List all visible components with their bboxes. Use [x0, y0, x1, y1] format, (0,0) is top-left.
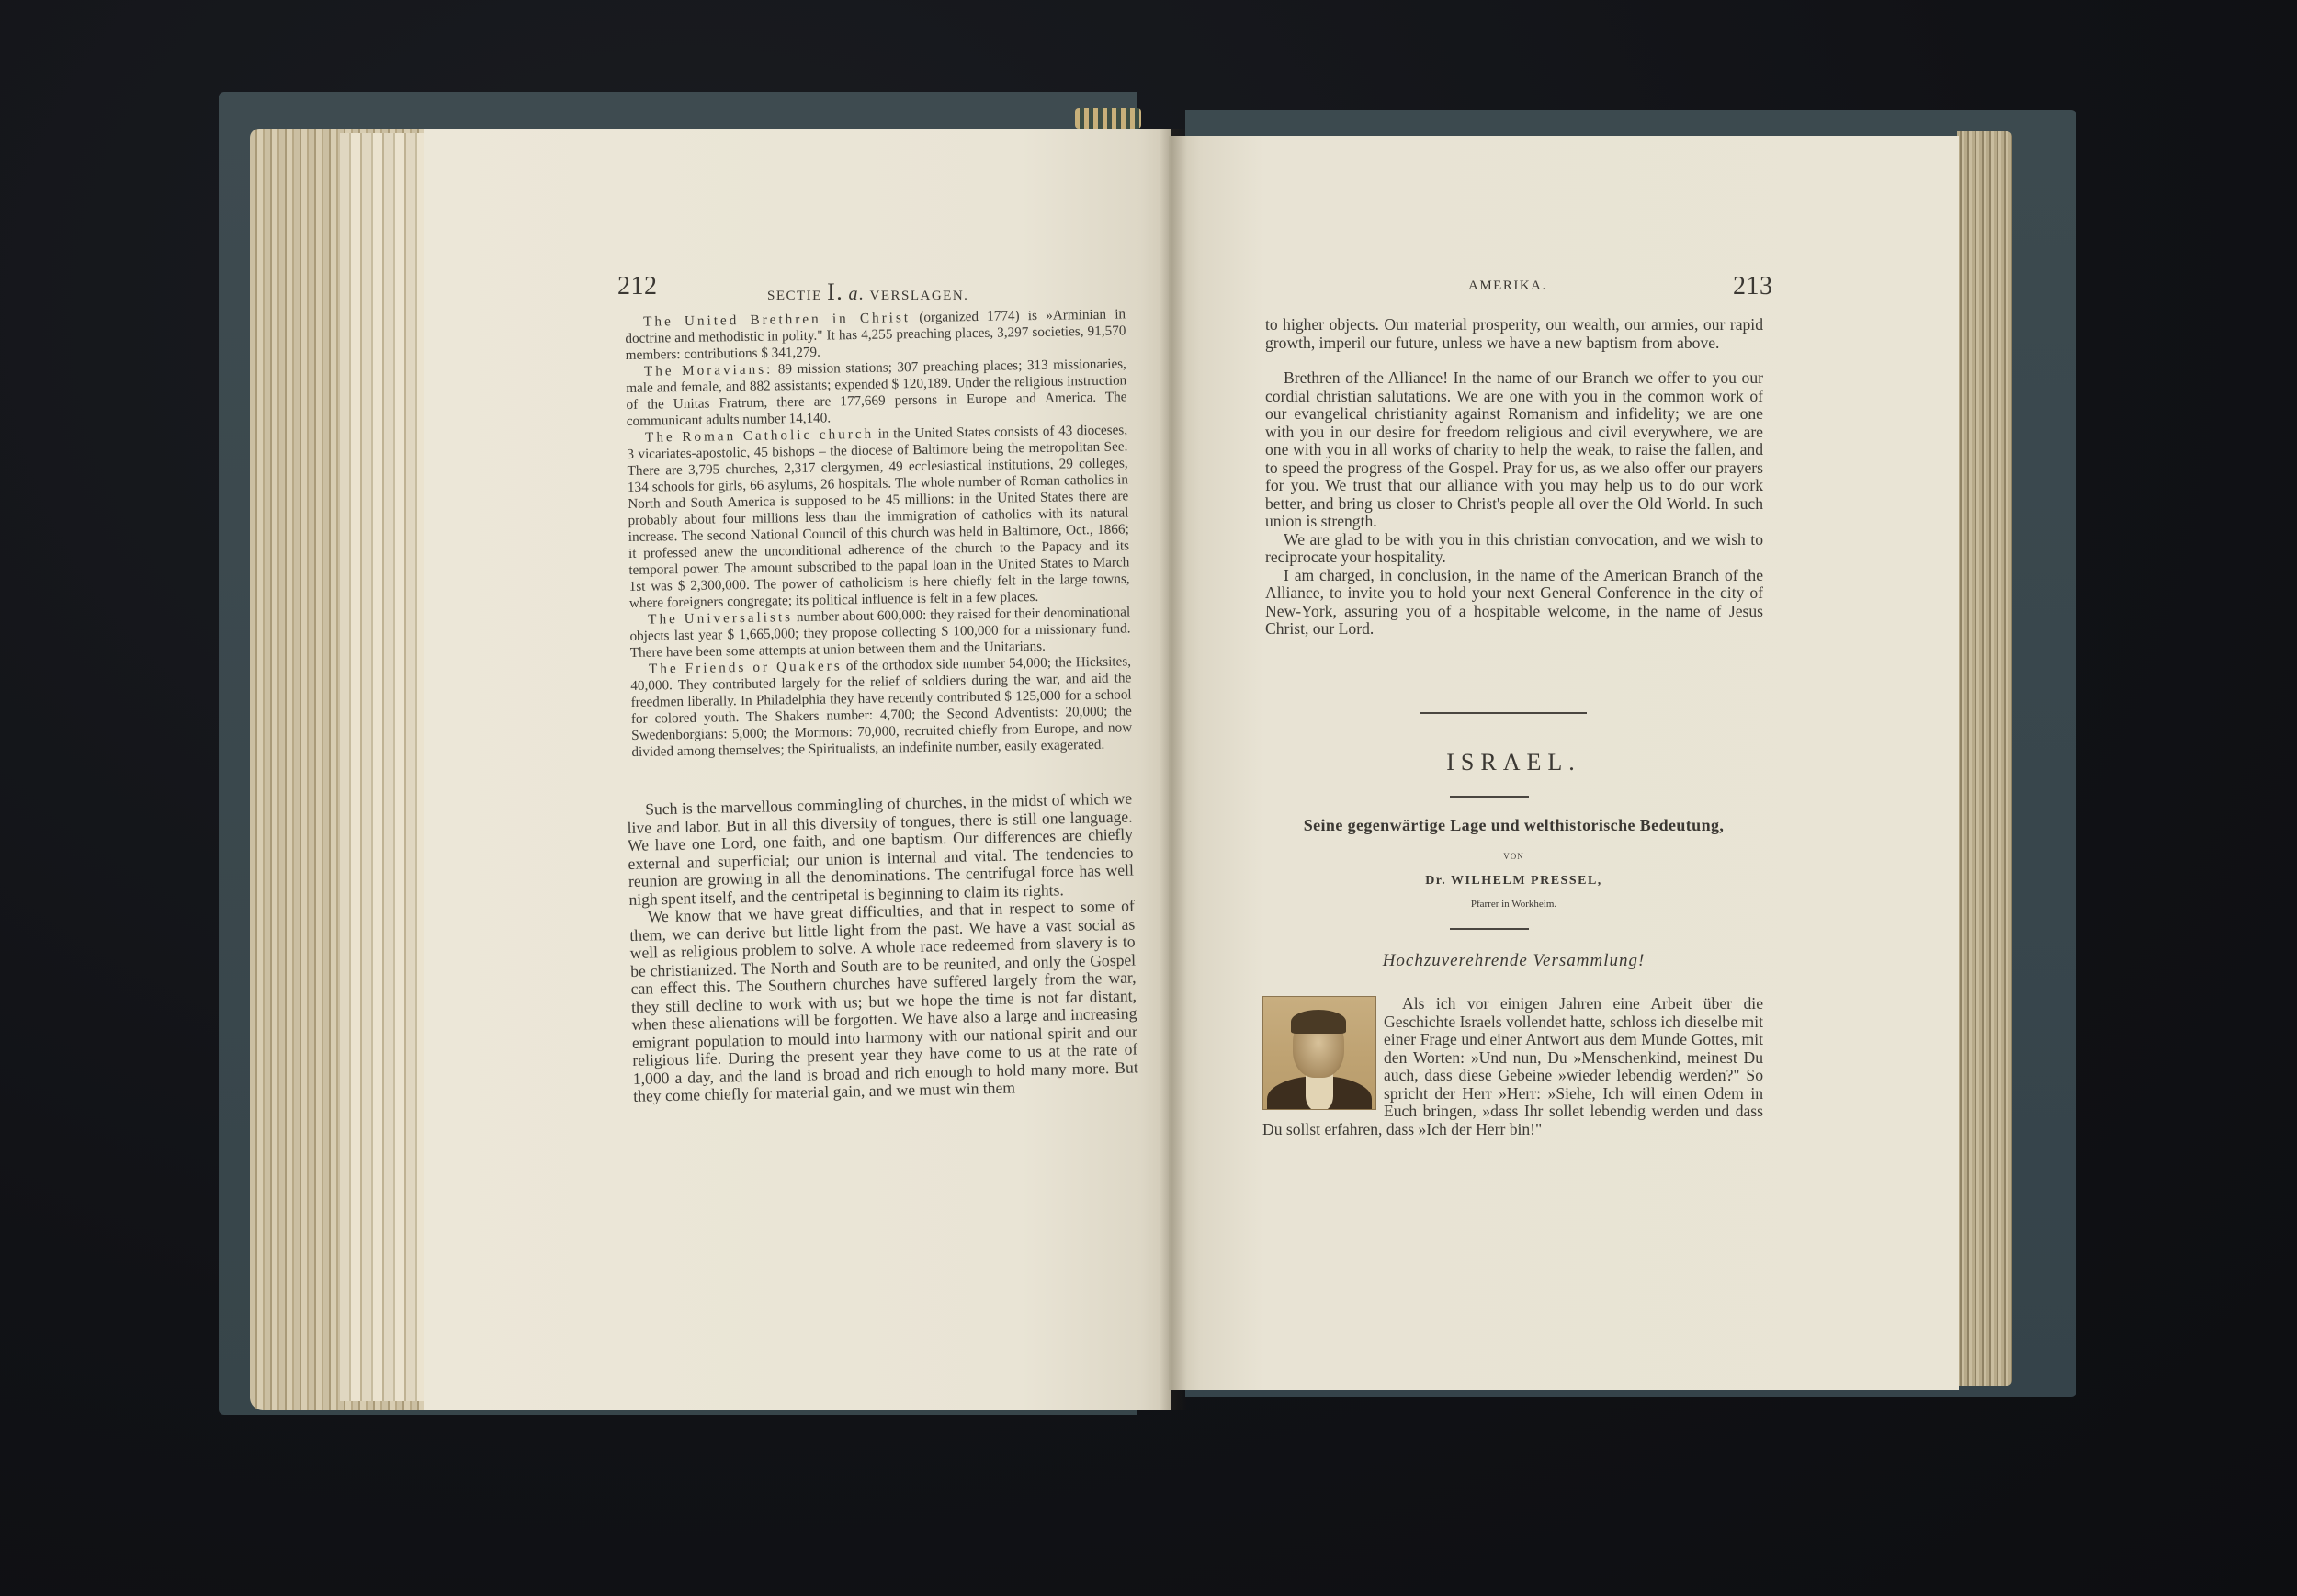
headband-top [1075, 108, 1141, 129]
author-rule [1450, 928, 1529, 930]
byline-von: VON [1263, 852, 1764, 861]
running-head-roman: I. [827, 278, 843, 305]
left-body-text: Such is the marvellous commingling of ch… [627, 790, 1138, 1106]
paragraph-friends-quakers: The Friends or Quakers of the orthodox s… [630, 653, 1133, 761]
denominations-section: The United Brethren in Christ (organized… [625, 306, 1133, 761]
running-head-prefix: SECTIE [767, 289, 822, 303]
article-title: ISRAEL. [1263, 749, 1764, 776]
paragraph-united-brethren: The United Brethren in Christ (organized… [625, 306, 1126, 364]
running-head-letter: a. [849, 284, 866, 304]
gutter-shadow [1160, 129, 1187, 1410]
body: in the United States consists of 43 dioc… [627, 422, 1129, 611]
lead: The Friends or Quakers [649, 658, 843, 676]
page-edges-left-inner [340, 133, 432, 1401]
article-body: Als ich vor einigen Jahren eine Arbeit ü… [1262, 995, 1763, 1138]
paragraph-higher-objects: to higher objects. Our material prosperi… [1265, 316, 1763, 352]
title-rule [1450, 796, 1529, 798]
section-divider-rule [1420, 712, 1587, 714]
paragraph-conclusion: I am charged, in conclusion, in the name… [1265, 567, 1763, 639]
paragraph-commingling: Such is the marvellous commingling of ch… [627, 790, 1135, 909]
running-head-suffix: VERSLAGEN. [870, 289, 969, 303]
author-role: Pfarrer in Workheim. [1263, 899, 1764, 910]
paragraph-moravians: The Moravians: 89 mission stations; 307 … [626, 356, 1127, 430]
salutation: Hochzuverehrende Versammlung! [1263, 951, 1764, 971]
paragraph-roman-catholic: The Roman Catholic church in the United … [627, 422, 1130, 612]
right-body-text: to higher objects. Our material prosperi… [1265, 316, 1763, 639]
paragraph-universalists: The Universalists number about 600,000: … [629, 604, 1131, 662]
right-running-head: AMERIKA. [1468, 278, 1547, 294]
lead: The Moravians: [644, 361, 774, 379]
paragraph-difficulties: We know that we have great difficulties,… [629, 897, 1139, 1105]
right-folio: 213 [1733, 272, 1773, 301]
article-author: Dr. WILHELM PRESSEL, [1263, 874, 1764, 889]
page-edges-right [1957, 131, 2012, 1386]
article-subtitle: Seine gegenwärtige Lage und welthistoris… [1254, 816, 1773, 835]
paragraph-brethren-alliance: Brethren of the Alliance! In the name of… [1265, 369, 1763, 531]
portrait-float-space [1262, 995, 1384, 1113]
paragraph-glad: We are glad to be with you in this chris… [1265, 531, 1763, 567]
left-running-head: SECTIE I. a. VERSLAGEN. [767, 278, 968, 306]
lead: The Universalists [648, 609, 793, 627]
left-folio: 212 [617, 272, 658, 301]
